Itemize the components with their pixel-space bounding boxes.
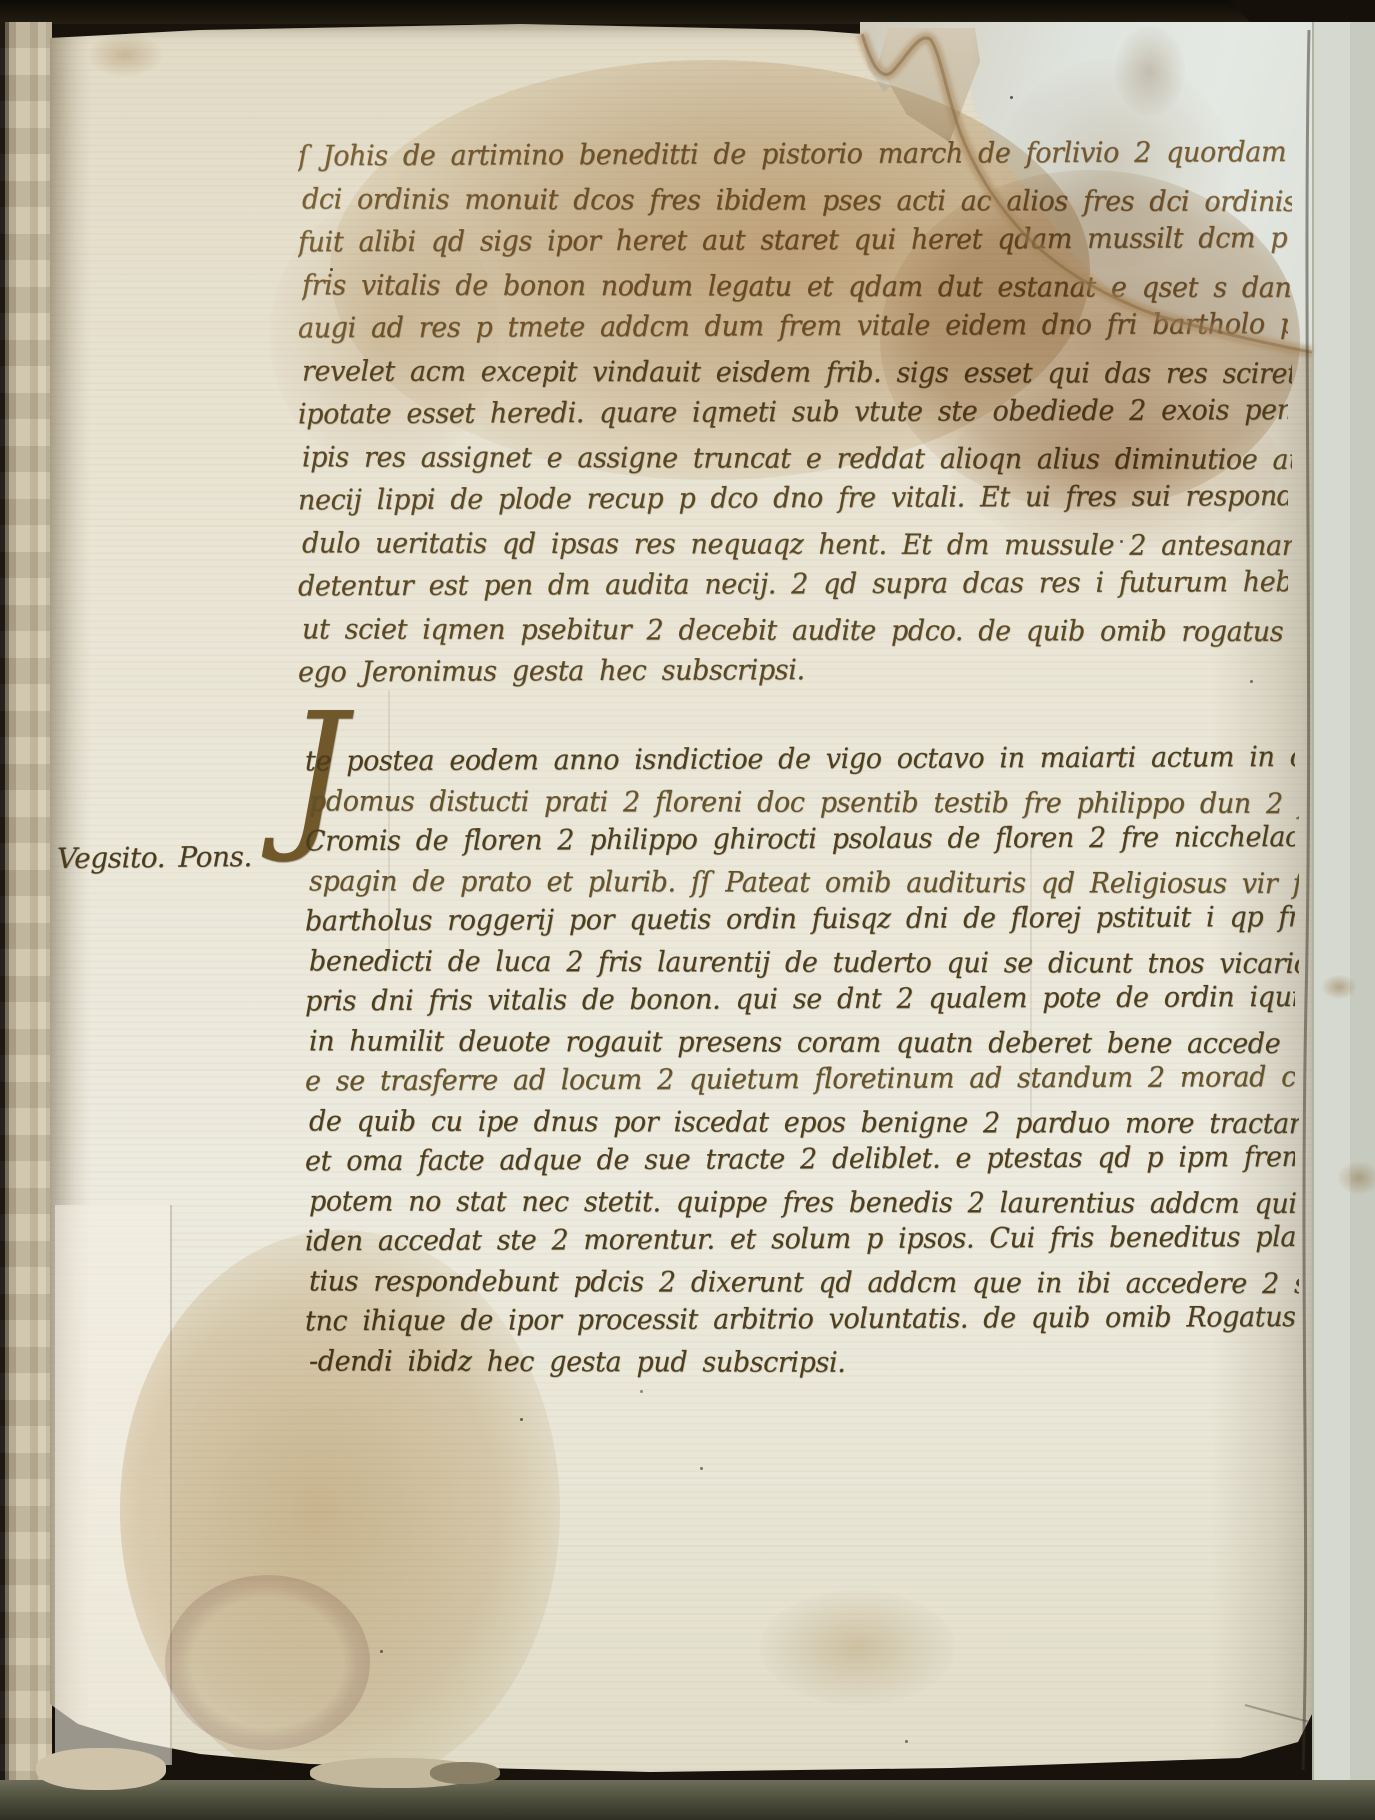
manuscript-line: potem no stat nec stetit. quippe fres be… (309, 1184, 1299, 1222)
text-layer: ſ Johis de artimino beneditti de pistori… (0, 0, 1375, 1820)
manuscript-line: in humilit deuote rogauit presens coram … (309, 1024, 1280, 1062)
paragraph-1: ſ Johis de artimino beneditti de pistori… (298, 140, 1288, 715)
manuscript-line: bartholus roggerij por quetis ordin fuis… (305, 900, 1295, 940)
manuscript-line: iden accedat ste 2 morentur. et solum p … (305, 1220, 1295, 1260)
binding-spine-gutter (0, 22, 52, 1786)
torn-edge-bit (430, 1762, 500, 1784)
manuscript-line: augi ad res p tmete addcm dum frem vital… (298, 307, 1288, 347)
manuscript-line: benedicti de luca 2 fris laurentij de tu… (309, 944, 1299, 982)
marginal-note: Vegsito. Pons. (57, 841, 252, 875)
manuscript-line: Cromis de floren 2 philippo ghirocti pso… (305, 820, 1295, 860)
manuscript-line: ipotate esset heredi. quare iqmeti sub v… (298, 393, 1288, 433)
binding-top-edge (0, 0, 1375, 24)
manuscript-line: -dendi ibidz hec gesta pud subscripsi. (309, 1344, 845, 1381)
manuscript-line: et oma facte adque de sue tracte 2 delib… (305, 1140, 1295, 1180)
book-bottom-edge (0, 1780, 1375, 1820)
manuscript-line: pdomus distucti prati 2 floreni doc psen… (309, 784, 1299, 822)
page-edge-right (1312, 22, 1375, 1786)
manuscript-line: spagin de prato et plurib. ſſ Pateat omi… (309, 864, 1299, 902)
manuscript-line: ſ Johis de artimino beneditti de pistori… (298, 135, 1288, 175)
paragraph-2: te postea eodem anno isndictioe de vigo … (305, 745, 1295, 1405)
manuscript-line: e se trasferre ad locum 2 quietum floret… (305, 1060, 1295, 1100)
manuscript-line: de quib cu ipe dnus por iscedat epos ben… (309, 1104, 1299, 1142)
manuscript-line: pris dni fris vitalis de bonon. qui se d… (305, 980, 1295, 1020)
manuscript-line: dulo ueritatis qd ipsas res nequaqz hent… (302, 526, 1292, 564)
manuscript-line: detentur est pen dm audita necij. 2 qd s… (298, 565, 1288, 605)
manuscript-line: fuit alibi qd sigs ipor heret aut staret… (298, 221, 1288, 261)
manuscript-line: ut sciet iqmen psebitur 2 decebit audite… (302, 612, 1283, 650)
manuscript-line: dci ordinis monuit dcos fres ibidem pses… (302, 182, 1292, 220)
torn-edge-bit (36, 1748, 166, 1790)
manuscript-line: ipis res assignet e assigne truncat e re… (302, 440, 1292, 478)
manuscript-line: revelet acm excepit vindauit eisdem frib… (302, 354, 1292, 392)
manuscript-line: tius respondebunt pdcis 2 dixerunt qd ad… (309, 1264, 1299, 1302)
manuscript-line: te postea eodem anno isndictioe de vigo … (305, 740, 1295, 780)
manuscript-line: ego Jeronimus gesta hec subscripsi. (298, 653, 805, 691)
ink-specks (330, 268, 333, 271)
manuscript-line: fris vitalis de bonon nodum legatu et qd… (302, 268, 1292, 306)
manuscript-line: tnc ihique de ipor processit arbitrio vo… (305, 1300, 1295, 1340)
manuscript-line: necij lippi de plode recup p dco dno fre… (298, 479, 1288, 519)
book-scan: ſ Johis de artimino beneditti de pistori… (0, 0, 1375, 1820)
